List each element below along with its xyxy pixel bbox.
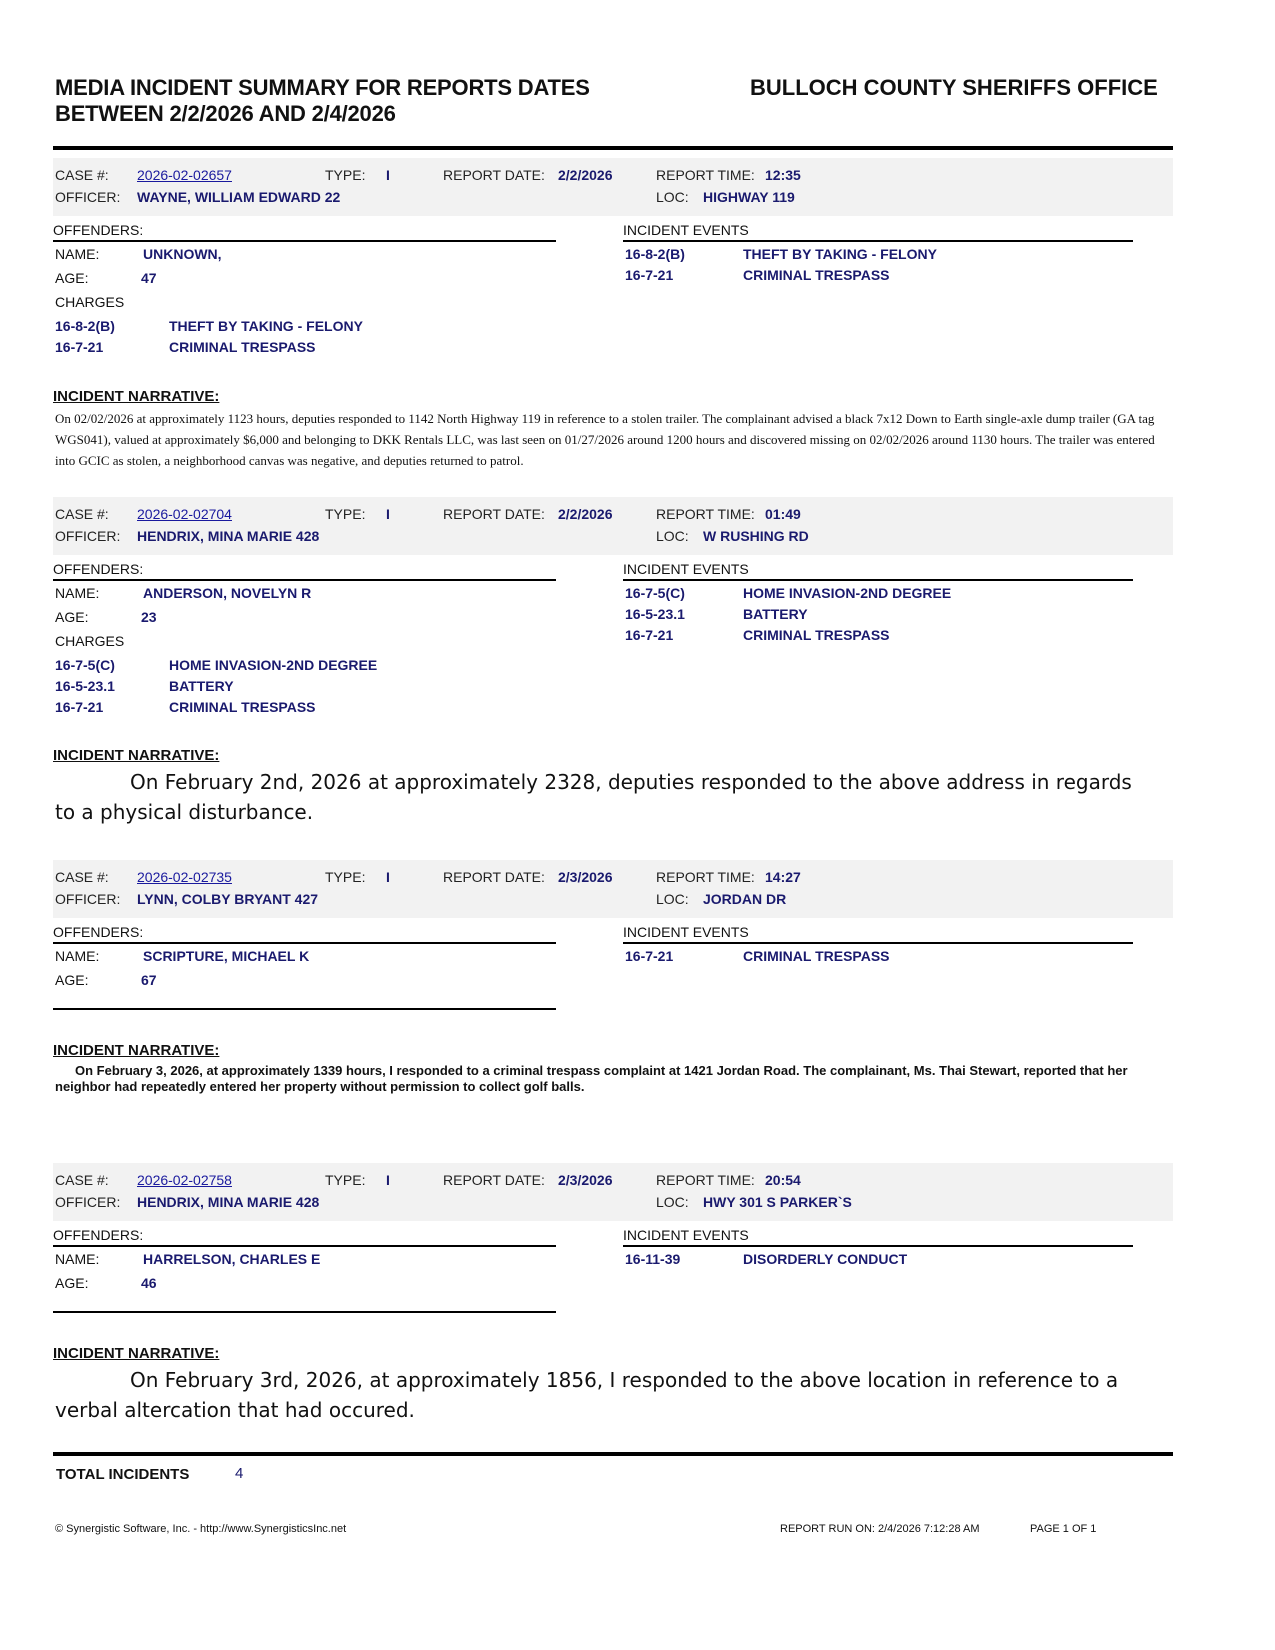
type-label: TYPE: xyxy=(325,167,365,183)
event-code: 16-7-21 xyxy=(625,948,673,964)
event-code: 16-5-23.1 xyxy=(625,606,685,622)
loc-label: LOC: xyxy=(656,189,689,205)
case-block: CASE #: 2026-02-02758 TYPE: I REPORT DAT… xyxy=(53,1163,1173,1221)
type-label: TYPE: xyxy=(325,869,365,885)
case-label: CASE #: xyxy=(55,506,109,522)
charge-code: 16-7-21 xyxy=(55,339,103,355)
narrative-text: On 02/02/2026 at approximately 1123 hour… xyxy=(55,408,1155,471)
case-label: CASE #: xyxy=(55,167,109,183)
charge-desc: HOME INVASION-2ND DEGREE xyxy=(169,657,377,673)
offenders-heading: OFFENDERS: xyxy=(53,1227,556,1247)
offenders-end-rule xyxy=(53,1311,556,1313)
event-desc: THEFT BY TAKING - FELONY xyxy=(743,246,937,262)
officer-label: OFFICER: xyxy=(55,891,120,907)
offender-age: 46 xyxy=(141,1275,157,1291)
case-block: CASE #: 2026-02-02735 TYPE: I REPORT DAT… xyxy=(53,860,1173,918)
charges-label: CHARGES xyxy=(55,294,124,310)
event-desc: HOME INVASION-2ND DEGREE xyxy=(743,585,951,601)
case-header: CASE #: 2026-02-02657 TYPE: I REPORT DAT… xyxy=(53,158,1173,216)
officer-value: HENDRIX, MINA MARIE 428 xyxy=(137,1194,319,1210)
case-header: CASE #: 2026-02-02735 TYPE: I REPORT DAT… xyxy=(53,860,1173,918)
report-date-label: REPORT DATE: xyxy=(443,167,545,183)
type-label: TYPE: xyxy=(325,506,365,522)
incident-events-heading: INCIDENT EVENTS xyxy=(623,222,1133,242)
report-date-value: 2/2/2026 xyxy=(558,167,613,183)
narrative-heading: INCIDENT NARRATIVE: xyxy=(53,747,219,764)
report-time-value: 12:35 xyxy=(765,167,801,183)
officer-value: LYNN, COLBY BRYANT 427 xyxy=(137,891,318,907)
case-number-link[interactable]: 2026-02-02758 xyxy=(137,1172,232,1188)
charge-code: 16-7-21 xyxy=(55,699,103,715)
case-header: CASE #: 2026-02-02704 TYPE: I REPORT DAT… xyxy=(53,497,1173,555)
case-header: CASE #: 2026-02-02758 TYPE: I REPORT DAT… xyxy=(53,1163,1173,1221)
title-line-1: MEDIA INCIDENT SUMMARY FOR REPORTS DATES xyxy=(55,75,590,101)
loc-label: LOC: xyxy=(656,891,689,907)
loc-value: HIGHWAY 119 xyxy=(703,189,795,205)
footer-copyright: © Synergistic Software, Inc. - http://ww… xyxy=(55,1523,346,1535)
footer-run-on: REPORT RUN ON: 2/4/2026 7:12:28 AM xyxy=(780,1523,980,1535)
event-desc: CRIMINAL TRESPASS xyxy=(743,627,890,643)
age-label: AGE: xyxy=(55,609,88,625)
narrative-heading: INCIDENT NARRATIVE: xyxy=(53,1345,219,1362)
type-value: I xyxy=(386,167,390,183)
offender-age: 67 xyxy=(141,972,157,988)
type-value: I xyxy=(386,1172,390,1188)
incident-events-heading: INCIDENT EVENTS xyxy=(623,924,1133,944)
type-value: I xyxy=(386,506,390,522)
header-divider xyxy=(53,146,1173,150)
report-date-label: REPORT DATE: xyxy=(443,1172,545,1188)
report-time-label: REPORT TIME: xyxy=(656,506,755,522)
officer-label: OFFICER: xyxy=(55,189,120,205)
total-incidents-value: 4 xyxy=(235,1465,243,1482)
offenders-heading: OFFENDERS: xyxy=(53,561,556,581)
name-label: NAME: xyxy=(55,948,99,964)
charge-code: 16-8-2(B) xyxy=(55,318,115,334)
total-incidents-label: TOTAL INCIDENTS xyxy=(56,1466,189,1483)
report-date-label: REPORT DATE: xyxy=(443,506,545,522)
event-code: 16-7-21 xyxy=(625,267,673,283)
offender-name: SCRIPTURE, MICHAEL K xyxy=(143,948,309,964)
incident-events-heading: INCIDENT EVENTS xyxy=(623,561,1133,581)
case-label: CASE #: xyxy=(55,1172,109,1188)
name-label: NAME: xyxy=(55,246,99,262)
type-label: TYPE: xyxy=(325,1172,365,1188)
charge-desc: BATTERY xyxy=(169,678,234,694)
officer-value: HENDRIX, MINA MARIE 428 xyxy=(137,528,319,544)
charge-code: 16-7-5(C) xyxy=(55,657,115,673)
charge-desc: CRIMINAL TRESPASS xyxy=(169,699,316,715)
report-date-value: 2/3/2026 xyxy=(558,869,613,885)
report-time-label: REPORT TIME: xyxy=(656,869,755,885)
incident-events-heading: INCIDENT EVENTS xyxy=(623,1227,1133,1247)
report-time-value: 14:27 xyxy=(765,869,801,885)
offender-age: 23 xyxy=(141,609,157,625)
loc-value: JORDAN DR xyxy=(703,891,786,907)
case-number-link[interactable]: 2026-02-02657 xyxy=(137,167,232,183)
event-code: 16-8-2(B) xyxy=(625,246,685,262)
case-label: CASE #: xyxy=(55,869,109,885)
report-time-value: 20:54 xyxy=(765,1172,801,1188)
name-label: NAME: xyxy=(55,1251,99,1267)
narrative-heading: INCIDENT NARRATIVE: xyxy=(53,1042,219,1059)
charge-desc: CRIMINAL TRESPASS xyxy=(169,339,316,355)
name-label: NAME: xyxy=(55,585,99,601)
totals-divider xyxy=(53,1452,1173,1456)
offender-name: UNKNOWN, xyxy=(143,246,222,262)
report-title: MEDIA INCIDENT SUMMARY FOR REPORTS DATES… xyxy=(55,75,590,127)
officer-label: OFFICER: xyxy=(55,528,120,544)
event-desc: BATTERY xyxy=(743,606,808,622)
charges-label: CHARGES xyxy=(55,633,124,649)
loc-value: W RUSHING RD xyxy=(703,528,809,544)
report-date-label: REPORT DATE: xyxy=(443,869,545,885)
offender-name: HARRELSON, CHARLES E xyxy=(143,1251,320,1267)
event-code: 16-7-21 xyxy=(625,627,673,643)
event-desc: CRIMINAL TRESPASS xyxy=(743,948,890,964)
narrative-text: On February 3, 2026, at approximately 13… xyxy=(55,1063,1155,1095)
case-number-link[interactable]: 2026-02-02735 xyxy=(137,869,232,885)
report-date-value: 2/2/2026 xyxy=(558,506,613,522)
age-label: AGE: xyxy=(55,270,88,286)
report-time-label: REPORT TIME: xyxy=(656,1172,755,1188)
event-desc: DISORDERLY CONDUCT xyxy=(743,1251,907,1267)
report-time-label: REPORT TIME: xyxy=(656,167,755,183)
loc-label: LOC: xyxy=(656,1194,689,1210)
event-desc: CRIMINAL TRESPASS xyxy=(743,267,890,283)
loc-value: HWY 301 S PARKER`S xyxy=(703,1194,852,1210)
narrative-text: On February 2nd, 2026 at approximately 2… xyxy=(55,767,1155,827)
agency-name: BULLOCH COUNTY SHERIFFS OFFICE xyxy=(750,75,1158,101)
offender-age: 47 xyxy=(141,270,157,286)
event-code: 16-11-39 xyxy=(625,1251,680,1267)
case-block: CASE #: 2026-02-02704 TYPE: I REPORT DAT… xyxy=(53,497,1173,555)
footer-page: PAGE 1 OF 1 xyxy=(1030,1523,1096,1535)
title-line-2: BETWEEN 2/2/2026 AND 2/4/2026 xyxy=(55,101,590,127)
offenders-end-rule xyxy=(53,1008,556,1010)
report-time-value: 01:49 xyxy=(765,506,801,522)
offenders-heading: OFFENDERS: xyxy=(53,222,556,242)
officer-value: WAYNE, WILLIAM EDWARD 22 xyxy=(137,189,340,205)
loc-label: LOC: xyxy=(656,528,689,544)
age-label: AGE: xyxy=(55,1275,88,1291)
report-date-value: 2/3/2026 xyxy=(558,1172,613,1188)
event-code: 16-7-5(C) xyxy=(625,585,685,601)
case-number-link[interactable]: 2026-02-02704 xyxy=(137,506,232,522)
narrative-text: On February 3rd, 2026, at approximately … xyxy=(55,1365,1155,1425)
age-label: AGE: xyxy=(55,972,88,988)
officer-label: OFFICER: xyxy=(55,1194,120,1210)
offender-name: ANDERSON, NOVELYN R xyxy=(143,585,311,601)
narrative-heading: INCIDENT NARRATIVE: xyxy=(53,388,219,405)
type-value: I xyxy=(386,869,390,885)
charge-code: 16-5-23.1 xyxy=(55,678,115,694)
charge-desc: THEFT BY TAKING - FELONY xyxy=(169,318,363,334)
offenders-heading: OFFENDERS: xyxy=(53,924,556,944)
case-block: CASE #: 2026-02-02657 TYPE: I REPORT DAT… xyxy=(53,158,1173,216)
